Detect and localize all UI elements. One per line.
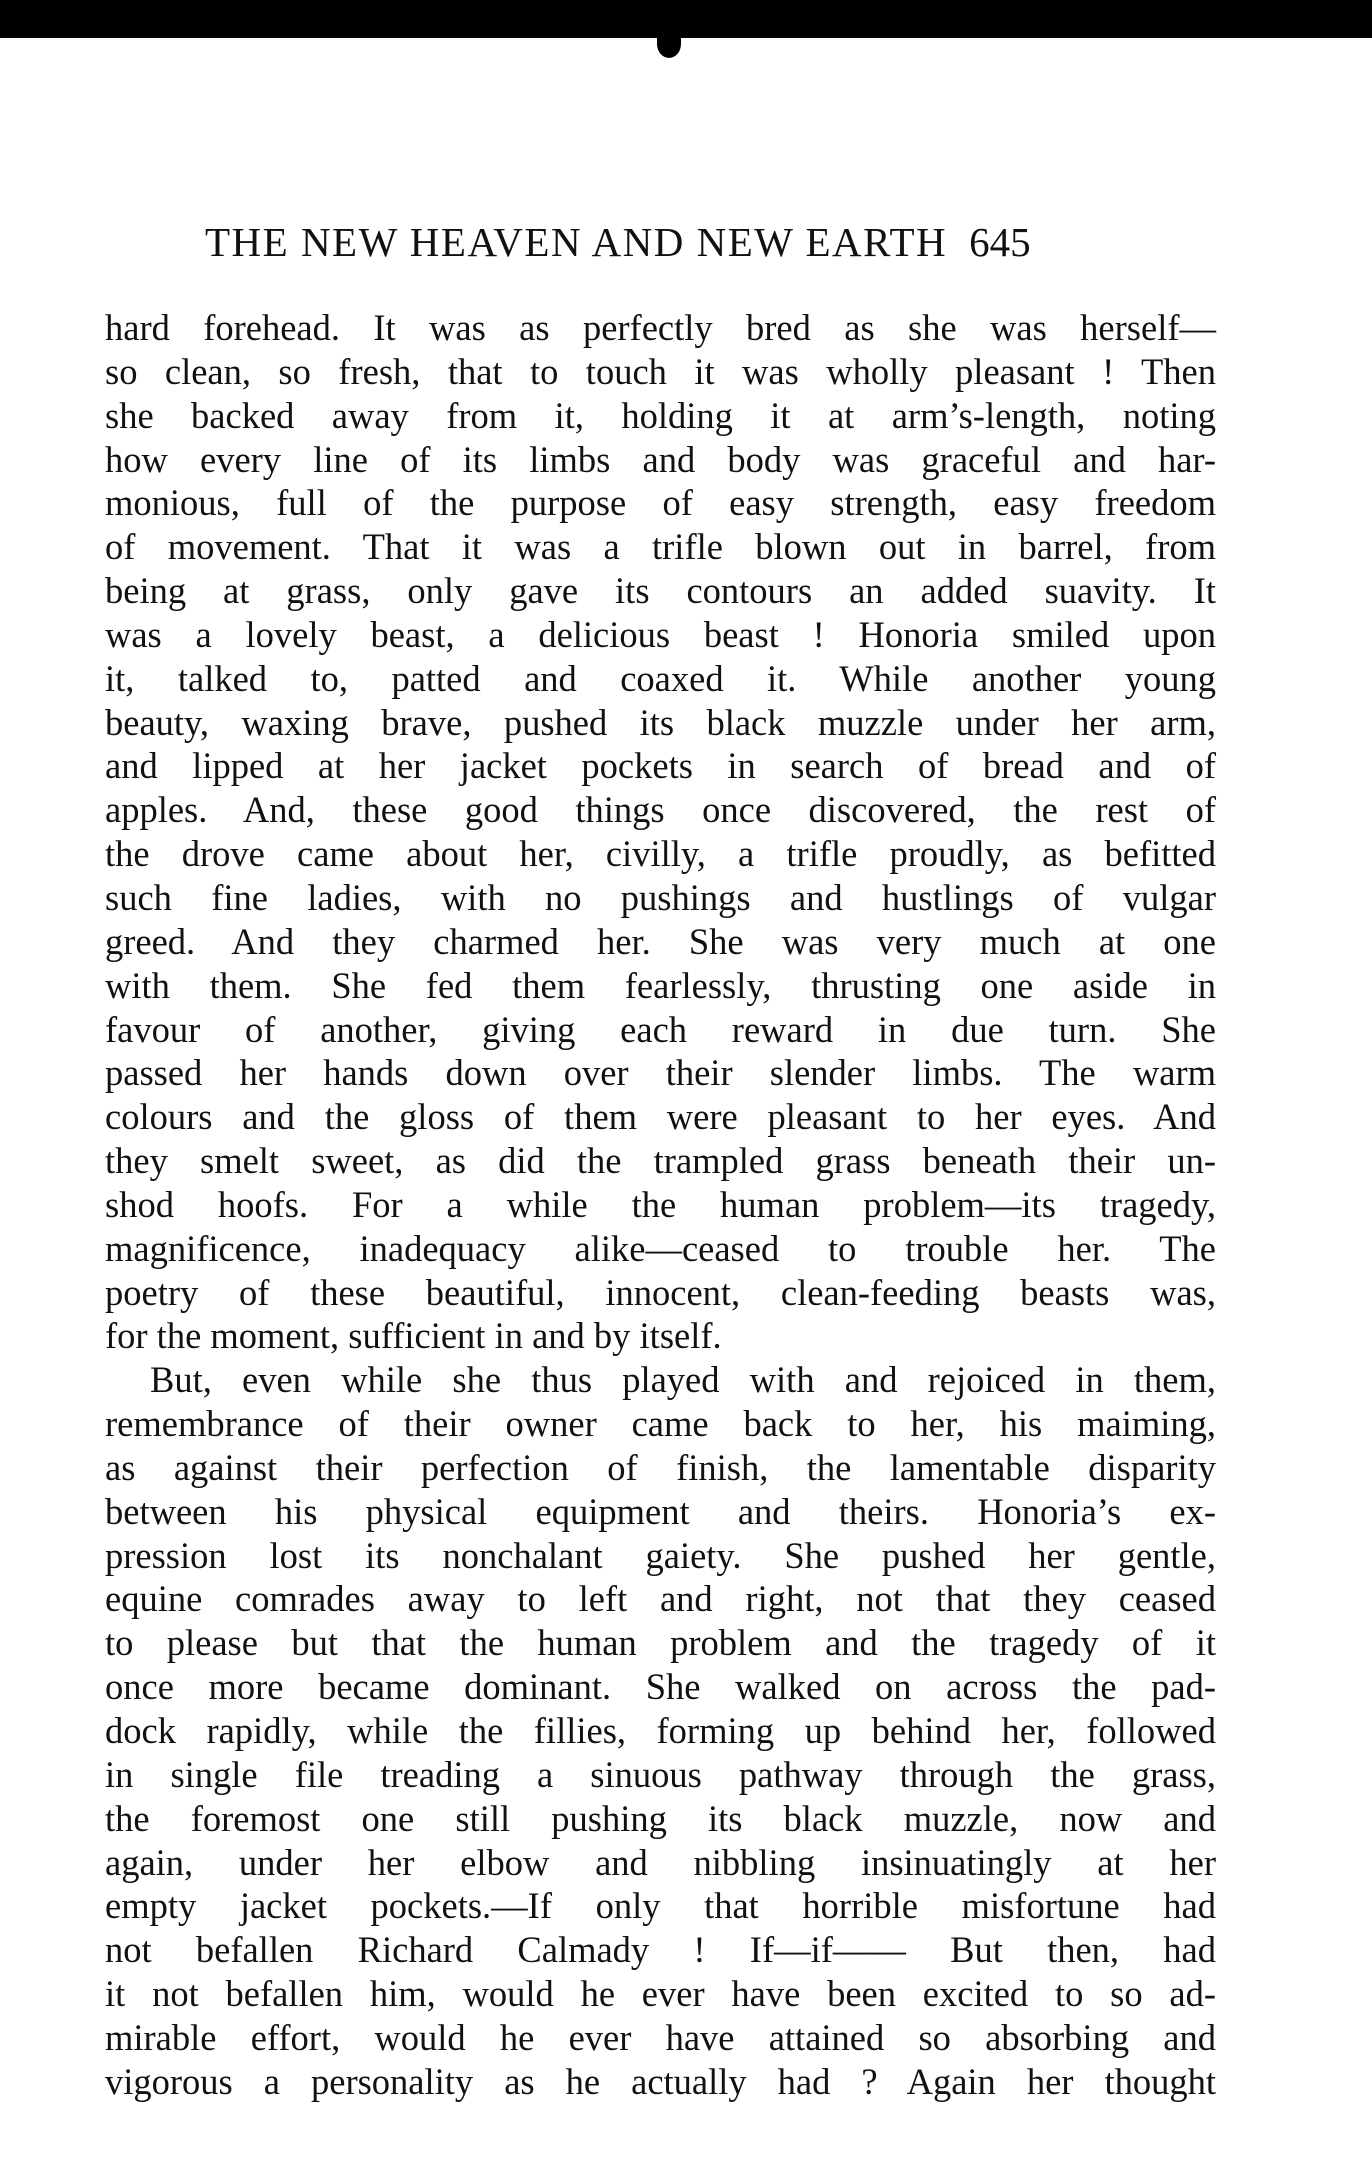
text-line: the foremost one still pushing its black… [105, 1797, 1216, 1841]
text-line: remembrance of their owner came back to … [105, 1402, 1216, 1446]
scan-border-top [0, 0, 1372, 38]
text-line: passed her hands down over their slender… [105, 1051, 1216, 1095]
paragraph-2: But, even while she thus played with and… [105, 1358, 1216, 2103]
text-line: pression lost its nonchalant gaiety. She… [105, 1534, 1216, 1578]
text-line: in single file treading a sinuous pathwa… [105, 1753, 1216, 1797]
running-header: THE NEW HEAVEN AND NEW EARTH645 [205, 218, 1225, 266]
text-line: she backed away from it, holding it at a… [105, 394, 1216, 438]
text-line: was a lovely beast, a delicious beast ! … [105, 613, 1216, 657]
text-line: poetry of these beautiful, innocent, cle… [105, 1271, 1216, 1315]
text-line: dock rapidly, while the fillies, forming… [105, 1709, 1216, 1753]
text-line: again, under her elbow and nibbling insi… [105, 1841, 1216, 1885]
text-line: as against their perfection of finish, t… [105, 1446, 1216, 1490]
scan-artifact [657, 30, 681, 58]
text-line: shod hoofs. For a while the human proble… [105, 1183, 1216, 1227]
text-line: favour of another, giving each reward in… [105, 1008, 1216, 1052]
text-line: colours and the gloss of them were pleas… [105, 1095, 1216, 1139]
text-line: beauty, waxing brave, pushed its black m… [105, 701, 1216, 745]
text-line: once more became dominant. She walked on… [105, 1665, 1216, 1709]
text-line: not befallen Richard Calmady ! If—if—— B… [105, 1928, 1216, 1972]
text-line: the drove came about her, civilly, a tri… [105, 832, 1216, 876]
text-line: how every line of its limbs and body was… [105, 438, 1216, 482]
page-number: 645 [969, 219, 1031, 265]
text-line: mirable effort, would he ever have attai… [105, 2016, 1216, 2060]
text-line: magnificence, inadequacy alike—ceased to… [105, 1227, 1216, 1271]
text-line: it not befallen him, would he ever have … [105, 1972, 1216, 2016]
text-line: for the moment, sufficient in and by its… [105, 1314, 1216, 1358]
running-title: THE NEW HEAVEN AND NEW EARTH [205, 219, 947, 265]
text-line: being at grass, only gave its contours a… [105, 569, 1216, 613]
paragraph-1: hard forehead. It was as perfectly bred … [105, 306, 1216, 1358]
text-line: vigorous a personality as he actually ha… [105, 2060, 1216, 2104]
text-line: it, talked to, patted and coaxed it. Whi… [105, 657, 1216, 701]
text-line: monious, full of the purpose of easy str… [105, 481, 1216, 525]
text-line: hard forehead. It was as perfectly bred … [105, 306, 1216, 350]
text-line: they smelt sweet, as did the trampled gr… [105, 1139, 1216, 1183]
text-line: But, even while she thus played with and… [105, 1358, 1216, 1402]
text-line: so clean, so fresh, that to touch it was… [105, 350, 1216, 394]
text-line: and lipped at her jacket pockets in sear… [105, 744, 1216, 788]
text-line: greed. And they charmed her. She was ver… [105, 920, 1216, 964]
text-line: with them. She fed them fearlessly, thru… [105, 964, 1216, 1008]
body-text: hard forehead. It was as perfectly bred … [105, 306, 1216, 2104]
text-line: to please but that the human problem and… [105, 1621, 1216, 1665]
text-line: such fine ladies, with no pushings and h… [105, 876, 1216, 920]
text-line: equine comrades away to left and right, … [105, 1577, 1216, 1621]
text-line: empty jacket pockets.—If only that horri… [105, 1884, 1216, 1928]
text-line: between his physical equipment and their… [105, 1490, 1216, 1534]
text-line: apples. And, these good things once disc… [105, 788, 1216, 832]
text-line: of movement. That it was a trifle blown … [105, 525, 1216, 569]
